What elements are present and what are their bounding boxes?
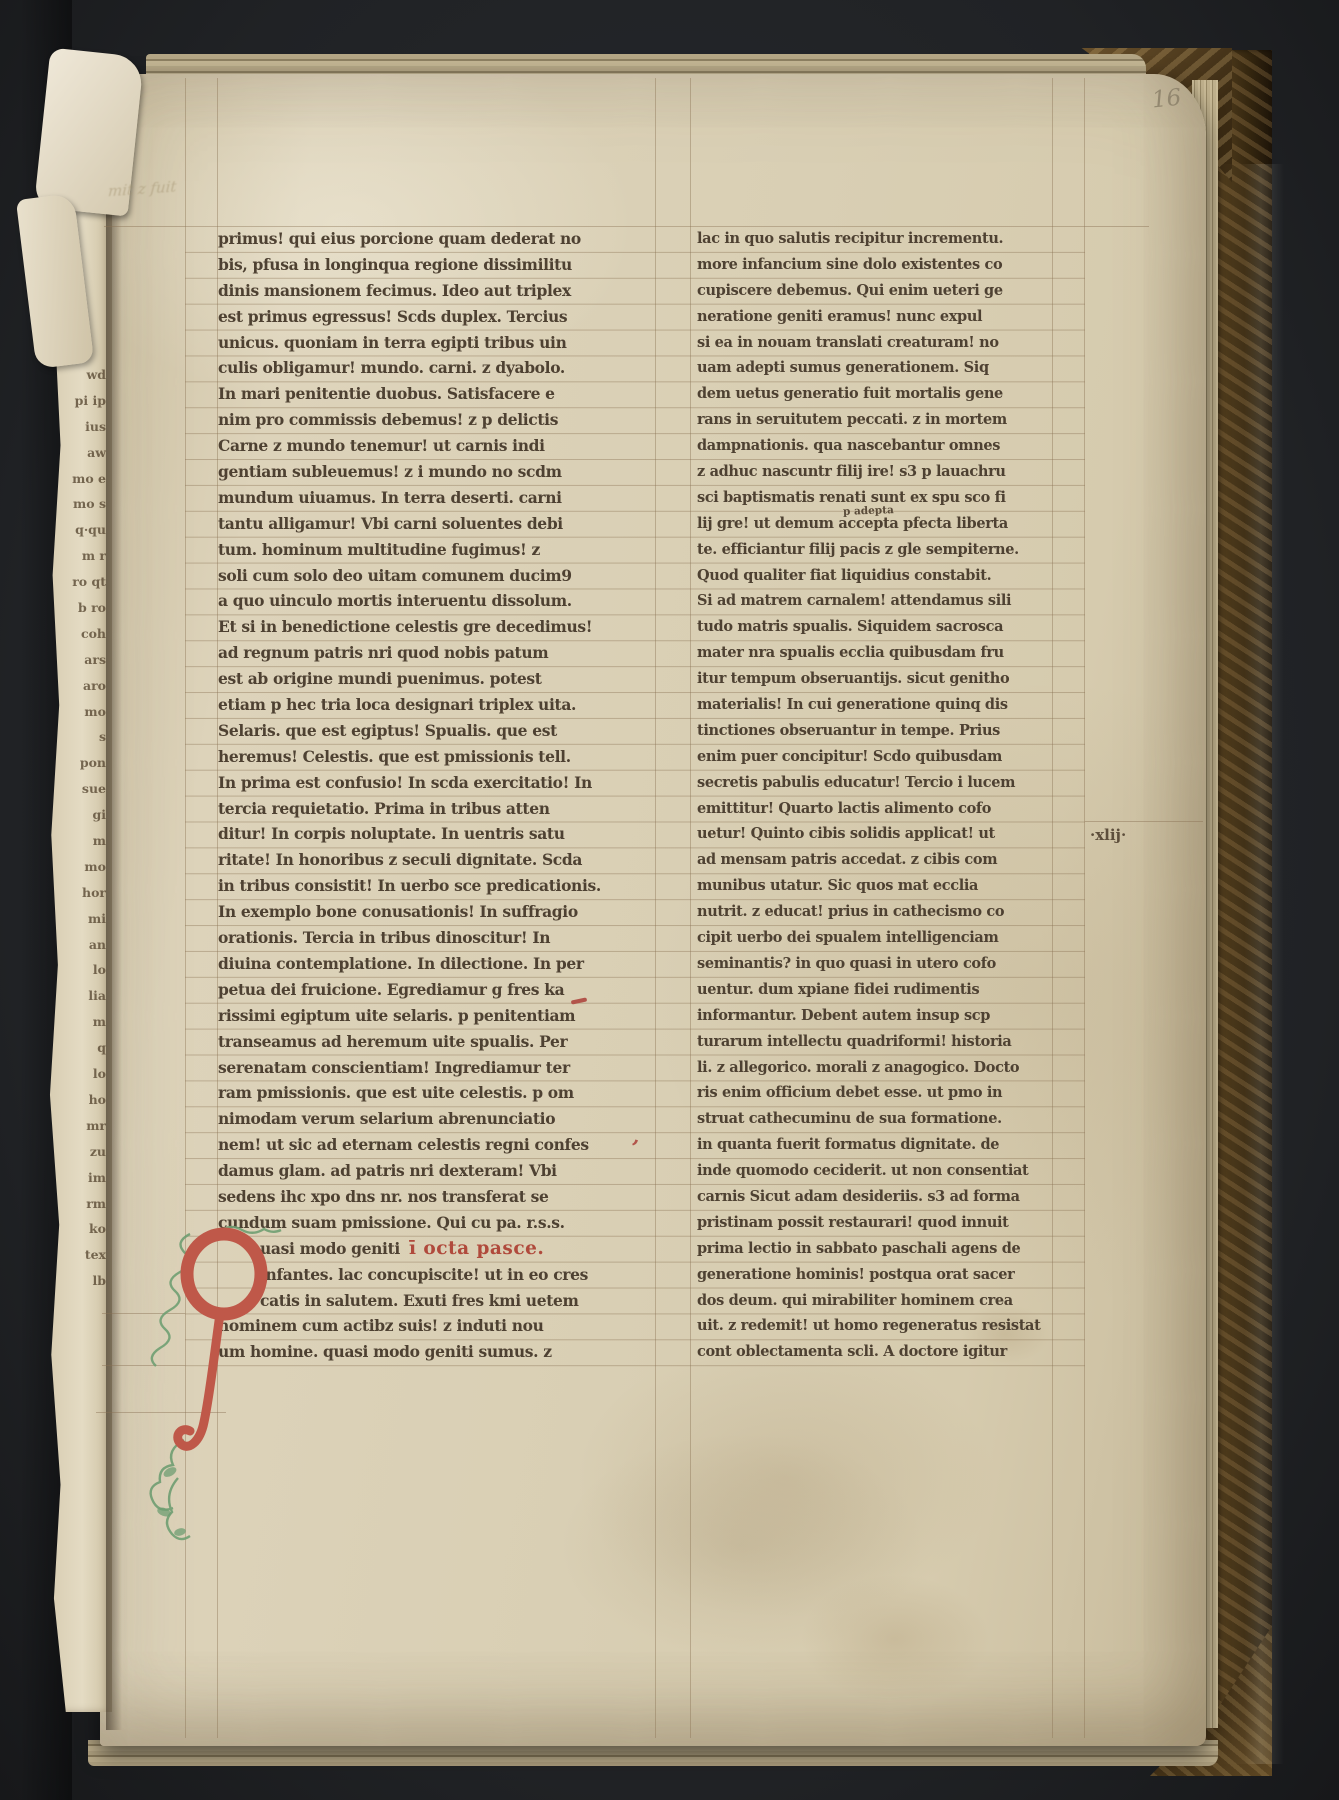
text-line: uit. z redemit! ut homo regeneratus resi… xyxy=(697,1313,1057,1339)
text-line: aro xyxy=(50,673,106,699)
text-line: inde quomodo ceciderit. ut non consentia… xyxy=(697,1158,1057,1184)
interlinear-correction: p adepta xyxy=(843,504,894,518)
text-line: orationis. Tercia in tribus dinoscitur! … xyxy=(218,925,622,951)
text-line: cont oblectamenta scli. A doctore igitur xyxy=(697,1339,1057,1365)
text-line: ditur! In corpis noluptate. In uentris s… xyxy=(218,821,622,847)
text-line: soli cum solo deo uitam comunem ducim9 xyxy=(218,563,622,589)
text-line: turarum intellectu quadriformi! historia xyxy=(697,1029,1057,1055)
text-line: ars xyxy=(50,647,106,673)
text-line: in quanta fuerit formatus dignitate. de xyxy=(697,1132,1057,1158)
stub-text-fragments: wdpi ipiusawmo emo sq·qum rro qtb rocoha… xyxy=(50,362,110,1294)
text-line: rans in seruitutem peccati. z in mortem xyxy=(697,407,1057,433)
text-line: neratione geniti eramus! nunc expul xyxy=(697,304,1057,330)
text-line: m r xyxy=(50,543,106,569)
text-line: ro qt xyxy=(50,569,106,595)
text-line: damus glam. ad patris nri dexteram! Vbi xyxy=(218,1158,622,1184)
text-line: In exemplo bone conusationis! In suffrag… xyxy=(218,899,622,925)
text-line: Si ad matrem carnalem! attendamus sili xyxy=(697,588,1057,614)
text-line: nim pro commissis debemus! z p delictis xyxy=(218,407,622,433)
text-line: q·qu xyxy=(50,517,106,543)
parchment-crease xyxy=(1218,164,1284,1764)
text-line: tum. hominum multitudine fugimus! z xyxy=(218,537,622,563)
text-line: dampnationis. qua nascebantur omnes xyxy=(697,433,1057,459)
text-line: informantur. Debent autem insup scp xyxy=(697,1003,1057,1029)
text-column-left: primus! qui eius porcione quam dederat n… xyxy=(218,226,622,1365)
quire-mark: ·xlij· xyxy=(1090,826,1126,844)
text-line: mr xyxy=(50,1113,106,1139)
text-line: lo xyxy=(50,957,106,983)
text-line: cupiscere debemus. Qui enim ueteri ge xyxy=(697,278,1057,304)
text-line: struat cathecuminu de sua formatione. xyxy=(697,1106,1057,1132)
text-line: tinctiones obseruantur in tempe. Prius xyxy=(697,718,1057,744)
text-line: mo s xyxy=(50,491,106,517)
text-line: bis, pfusa in longinqua regione dissimil… xyxy=(218,252,622,278)
text-line: In prima est confusio! In scda exercitat… xyxy=(218,770,622,796)
text-line: In mari penitentie duobus. Satisfacere e xyxy=(218,381,622,407)
text-line: enim puer concipitur! Scdo quibusdam xyxy=(697,744,1057,770)
text-line: si ea in nouam translati creaturam! no xyxy=(697,330,1057,356)
rubric-red-text: ī octa pasce. xyxy=(409,1238,544,1259)
text-line: lac in quo salutis recipitur incrementu. xyxy=(697,226,1057,252)
text-line: diuina contemplatione. In dilectione. In… xyxy=(218,951,622,977)
text-line: zu xyxy=(50,1139,106,1165)
ruling-through-line xyxy=(1085,821,1203,822)
text-line: etiam p hec tria loca designari triplex … xyxy=(218,692,622,718)
parchment-stain xyxy=(800,1574,990,1704)
text-line: dinis mansionem fecimus. Ideo aut triple… xyxy=(218,278,622,304)
ruling-through-line xyxy=(104,226,185,227)
text-line: ram pmissionis. que est uite celestis. p… xyxy=(218,1080,622,1106)
text-line: prima lectio in sabbato paschali agens d… xyxy=(697,1236,1057,1262)
text-line: hor xyxy=(50,880,106,906)
text-line: nem! ut sic ad eternam celestis regni co… xyxy=(218,1132,622,1158)
text-line: rm xyxy=(50,1191,106,1217)
text-line: an xyxy=(50,932,106,958)
text-line: dem uetus generatio fuit mortalis gene xyxy=(697,381,1057,407)
text-line: unicus. quoniam in terra egipti tribus u… xyxy=(218,330,622,356)
initial-letter-red xyxy=(178,1234,261,1446)
text-line: te. efficiantur filij pacis z gle sempit… xyxy=(697,537,1057,563)
text-line: ris enim officium debet esse. ut pmo in xyxy=(697,1080,1057,1106)
text-line: in tribus consistit! In uerbo sce predic… xyxy=(218,873,622,899)
text-line: mo e xyxy=(50,466,106,492)
text-line: aw xyxy=(50,440,106,466)
text-line: sedens ihc xpo dns nr. nos transferat se xyxy=(218,1184,622,1210)
text-line: est primus egressus! Scds duplex. Terciu… xyxy=(218,304,622,330)
text-line: ius xyxy=(50,414,106,440)
ruling-through-line xyxy=(1085,226,1149,227)
text-line: pristinam possit restaurari! quod innuit xyxy=(697,1210,1057,1236)
text-line: ritate! In honoribus z seculi dignitate.… xyxy=(218,847,622,873)
text-line: more infancium sine dolo existentes co xyxy=(697,252,1057,278)
text-line: petua dei fruicione. Egrediamur g fres k… xyxy=(218,977,622,1003)
text-line: sue xyxy=(50,776,106,802)
text-line: b ro xyxy=(50,595,106,621)
text-line: tantu alligamur! Vbi carni soluentes deb… xyxy=(218,511,622,537)
text-line: culis obligamur! mundo. carni. z dyabolo… xyxy=(218,355,622,381)
manuscript-photograph: wdpi ipiusawmo emo sq·qum rro qtb rocoha… xyxy=(0,0,1339,1800)
text-line: ho xyxy=(50,1087,106,1113)
text-line: mo xyxy=(50,699,106,725)
text-line: im xyxy=(50,1165,106,1191)
text-line: ad regnum patris nri quod nobis patum xyxy=(218,640,622,666)
text-line: cipit uerbo dei spualem intelligenciam xyxy=(697,925,1057,951)
text-line: m xyxy=(50,1009,106,1035)
text-line: carnis Sicut adam desideriis. s3 ad form… xyxy=(697,1184,1057,1210)
text-line: tudo matris spualis. Siquidem sacrosca xyxy=(697,614,1057,640)
text-line: materialis! In cui generatione quinq dis xyxy=(697,692,1057,718)
column-left-upper-lines: primus! qui eius porcione quam dederat n… xyxy=(218,226,622,1236)
decorated-initial-Q xyxy=(150,1226,290,1566)
text-line: z adhuc nascuntr filij ire! s3 p lauachr… xyxy=(697,459,1057,485)
text-line: seminantis? in quo quasi in utero cofo xyxy=(697,951,1057,977)
folio-number: 16 xyxy=(1151,85,1183,114)
text-line: mater nra spualis ecclia quibusdam fru xyxy=(697,640,1057,666)
text-line: Quod qualiter fiat liquidius constabit. xyxy=(697,563,1057,589)
text-line: heremus! Celestis. que est pmissionis te… xyxy=(218,744,622,770)
text-line: tex xyxy=(50,1242,106,1268)
text-column-right: lac in quo salutis recipitur incrementu.… xyxy=(697,226,1057,1365)
text-line: primus! qui eius porcione quam dederat n… xyxy=(218,226,622,252)
text-line: q xyxy=(50,1035,106,1061)
text-line: m xyxy=(50,828,106,854)
text-line: emittitur! Quarto lactis alimento cofo xyxy=(697,796,1057,822)
text-line: mi xyxy=(50,906,106,932)
text-line: gi xyxy=(50,802,106,828)
text-line: munibus utatur. Sic quos mat ecclia xyxy=(697,873,1057,899)
text-line: nutrit. z educat! prius in cathecismo co xyxy=(697,899,1057,925)
text-line: serenatam conscientiam! Ingrediamur ter xyxy=(218,1055,622,1081)
text-line: lo xyxy=(50,1061,106,1087)
text-line: pi ip xyxy=(50,388,106,414)
text-line: li. z allegorico. morali z anagogico. Do… xyxy=(697,1055,1057,1081)
text-line: est ab origine mundi puenimus. potest xyxy=(218,666,622,692)
text-line: Carne z mundo tenemur! ut carnis indi xyxy=(218,433,622,459)
text-line: a quo uinculo mortis interuentu dissolum… xyxy=(218,588,622,614)
text-line: mundum uiuamus. In terra deserti. carni xyxy=(218,485,622,511)
text-line: ad mensam patris accedat. z cibis com xyxy=(697,847,1057,873)
text-line: Et si in benedictione celestis gre deced… xyxy=(218,614,622,640)
text-line: rissimi egiptum uite selaris. p penitent… xyxy=(218,1003,622,1029)
text-line: pon xyxy=(50,750,106,776)
text-line: tercia requietatio. Prima in tribus atte… xyxy=(218,796,622,822)
text-line: Selaris. que est egiptus! Spualis. que e… xyxy=(218,718,622,744)
text-line: uentur. dum xpiane fidei rudimentis xyxy=(697,977,1057,1003)
text-line: secretis pabulis educatur! Tercio i luce… xyxy=(697,770,1057,796)
text-line: nimodam verum selarium abrenunciatio xyxy=(218,1106,622,1132)
text-line: transeamus ad heremum uite spualis. Per xyxy=(218,1029,622,1055)
text-line: uam adepti sumus generationem. Siq xyxy=(697,355,1057,381)
text-line: itur tempum obseruantijs. sicut genitho xyxy=(697,666,1057,692)
text-line: lia xyxy=(50,983,106,1009)
text-line: uetur! Quinto cibis solidis applicat! ut xyxy=(697,821,1057,847)
text-line: coh xyxy=(50,621,106,647)
text-line: gentiam subleuemus! z i mundo no scdm xyxy=(218,459,622,485)
text-line: ko xyxy=(50,1216,106,1242)
text-line: lb xyxy=(50,1268,106,1294)
text-line: s xyxy=(50,724,106,750)
text-line: generatione hominis! postqua orat sacer xyxy=(697,1262,1057,1288)
text-line: wd xyxy=(50,362,106,388)
text-line: mo xyxy=(50,854,106,880)
text-line: dos deum. qui mirabiliter hominem crea xyxy=(697,1288,1057,1314)
